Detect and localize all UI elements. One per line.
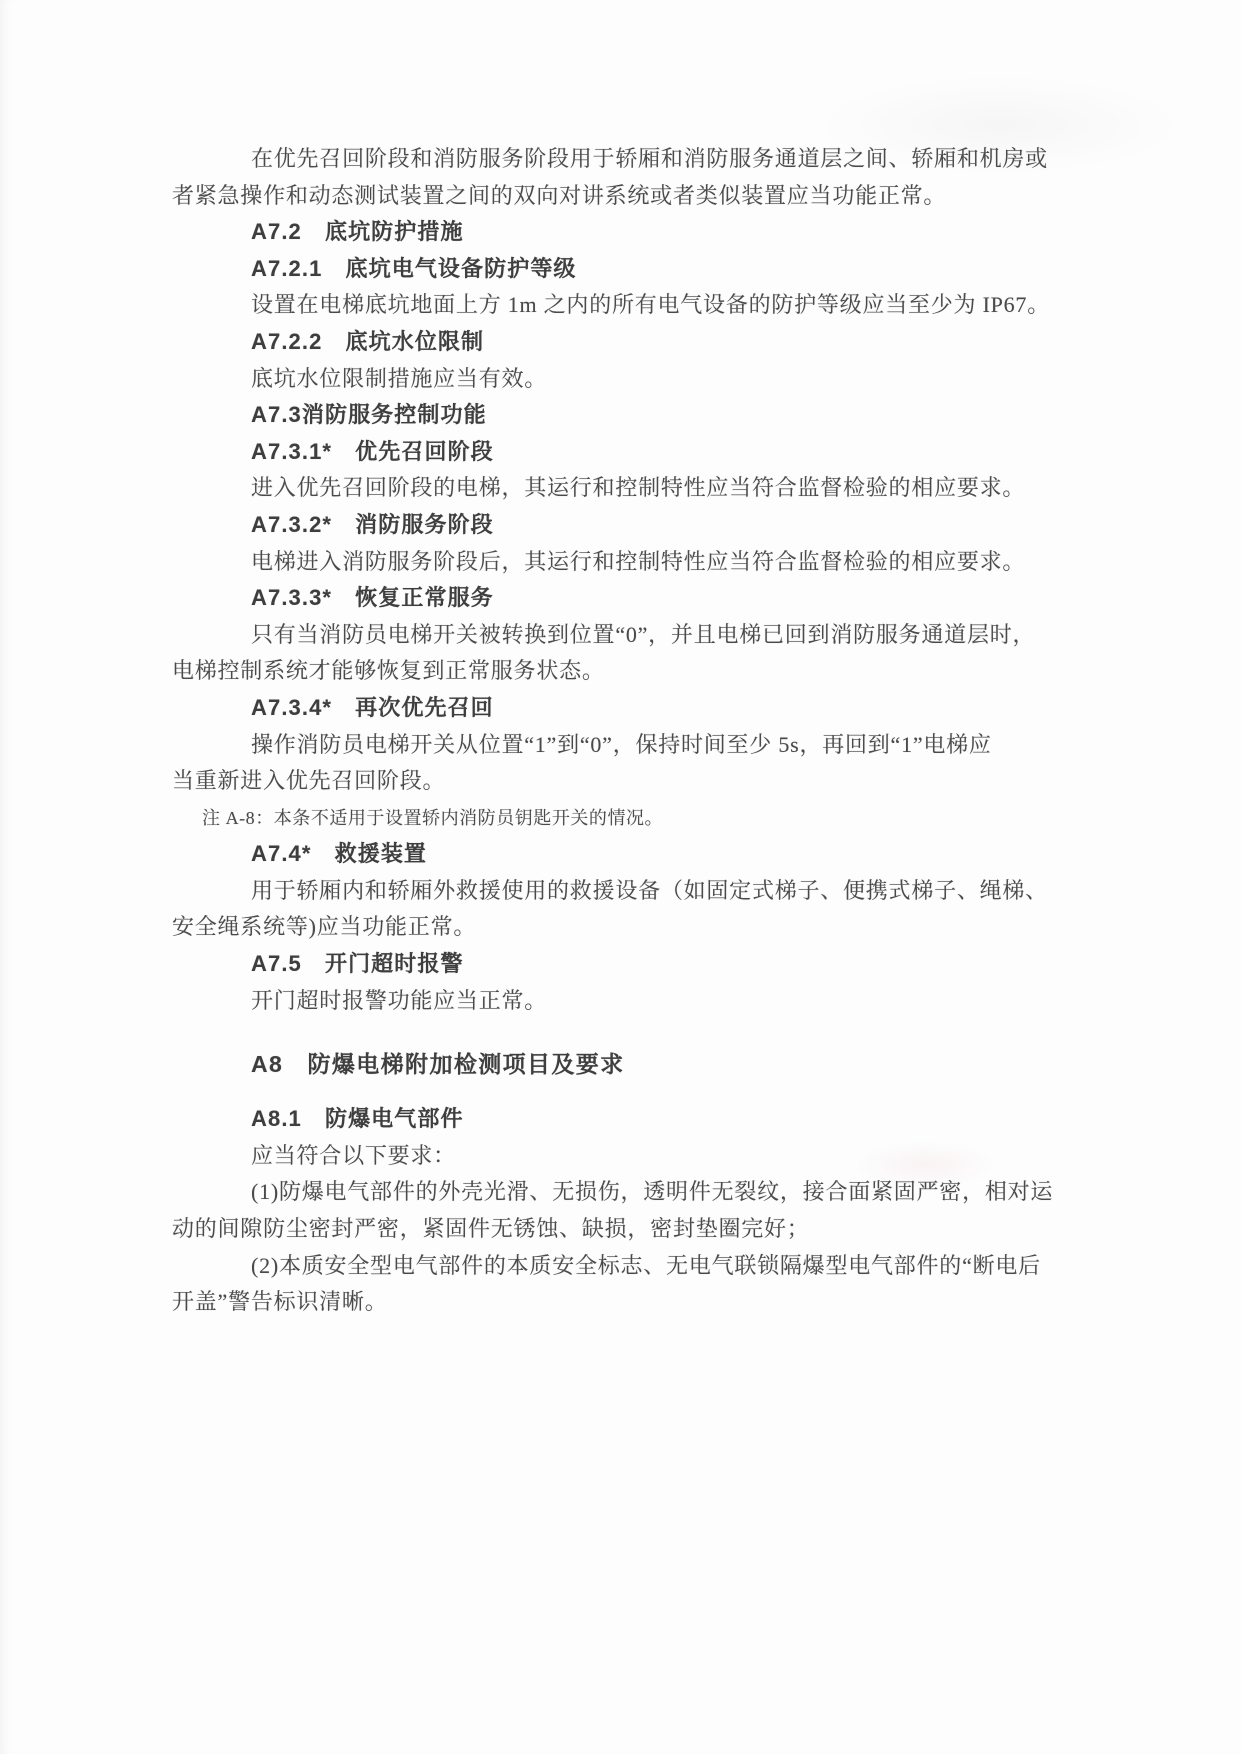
- body-line: 者紧急操作和动态测试装置之间的双向对讲系统或者类似装置应当功能正常。: [172, 178, 1082, 215]
- clause-heading: A8.1 防爆电气部件: [172, 1101, 1082, 1138]
- clause-heading: A7.5 开门超时报警: [172, 946, 1082, 983]
- chapter-heading: A8 防爆电梯附加检测项目及要求: [172, 1044, 1082, 1084]
- body-line: 只有当消防员电梯开关被转换到位置“0”，并且电梯已回到消防服务通道层时，: [172, 617, 1082, 654]
- clause-heading: A7.3消防服务控制功能: [172, 397, 1082, 434]
- clause-heading: A7.2 底坑防护措施: [172, 214, 1082, 251]
- body-line: 开盖”警告标识清晰。: [172, 1284, 1082, 1321]
- clause-heading: A7.2.1 底坑电气设备防护等级: [172, 251, 1082, 288]
- body-line: (2)本质安全型电气部件的本质安全标志、无电气联锁隔爆型电气部件的“断电后: [172, 1248, 1082, 1285]
- clause-heading: A7.3.2* 消防服务阶段: [172, 507, 1082, 544]
- clause-heading: A7.4* 救援装置: [172, 836, 1082, 873]
- body-line: 在优先召回阶段和消防服务阶段用于轿厢和消防服务通道层之间、轿厢和机房或: [172, 141, 1082, 178]
- body-line: (1)防爆电气部件的外壳光滑、无损伤，透明件无裂纹，接合面紧固严密，相对运: [172, 1174, 1082, 1211]
- body-line: 设置在电梯底坑地面上方 1m 之内的所有电气设备的防护等级应当至少为 IP67。: [172, 287, 1082, 324]
- document-text-block: 在优先召回阶段和消防服务阶段用于轿厢和消防服务通道层之间、轿厢和机房或者紧急操作…: [172, 141, 1082, 1321]
- body-line: 电梯控制系统才能够恢复到正常服务状态。: [172, 653, 1082, 690]
- clause-heading: A7.3.4* 再次优先召回: [172, 690, 1082, 727]
- body-line: 底坑水位限制措施应当有效。: [172, 361, 1082, 398]
- body-line: 进入优先召回阶段的电梯，其运行和控制特性应当符合监督检验的相应要求。: [172, 470, 1082, 507]
- clause-heading: A7.2.2 底坑水位限制: [172, 324, 1082, 361]
- note-line: 注 A-8：本条不适用于设置轿内消防员钥匙开关的情况。: [172, 800, 1082, 837]
- clause-heading: A7.3.1* 优先召回阶段: [172, 434, 1082, 471]
- clause-heading: A7.3.3* 恢复正常服务: [172, 580, 1082, 617]
- body-line: 操作消防员电梯开关从位置“1”到“0”，保持时间至少 5s，再回到“1”电梯应: [172, 727, 1082, 764]
- body-line: 当重新进入优先召回阶段。: [172, 763, 1082, 800]
- body-line: 动的间隙防尘密封严密，紧固件无锈蚀、缺损，密封垫圈完好；: [172, 1211, 1082, 1248]
- body-line: 用于轿厢内和轿厢外救援使用的救援设备（如固定式梯子、便携式梯子、绳梯、: [172, 873, 1082, 910]
- body-line: 电梯进入消防服务阶段后，其运行和控制特性应当符合监督检验的相应要求。: [172, 544, 1082, 581]
- body-line: 安全绳系统等)应当功能正常。: [172, 909, 1082, 946]
- body-line: 开门超时报警功能应当正常。: [172, 983, 1082, 1020]
- scanned-document-page: 在优先召回阶段和消防服务阶段用于轿厢和消防服务通道层之间、轿厢和机房或者紧急操作…: [0, 0, 1241, 1754]
- body-line: 应当符合以下要求：: [172, 1138, 1082, 1175]
